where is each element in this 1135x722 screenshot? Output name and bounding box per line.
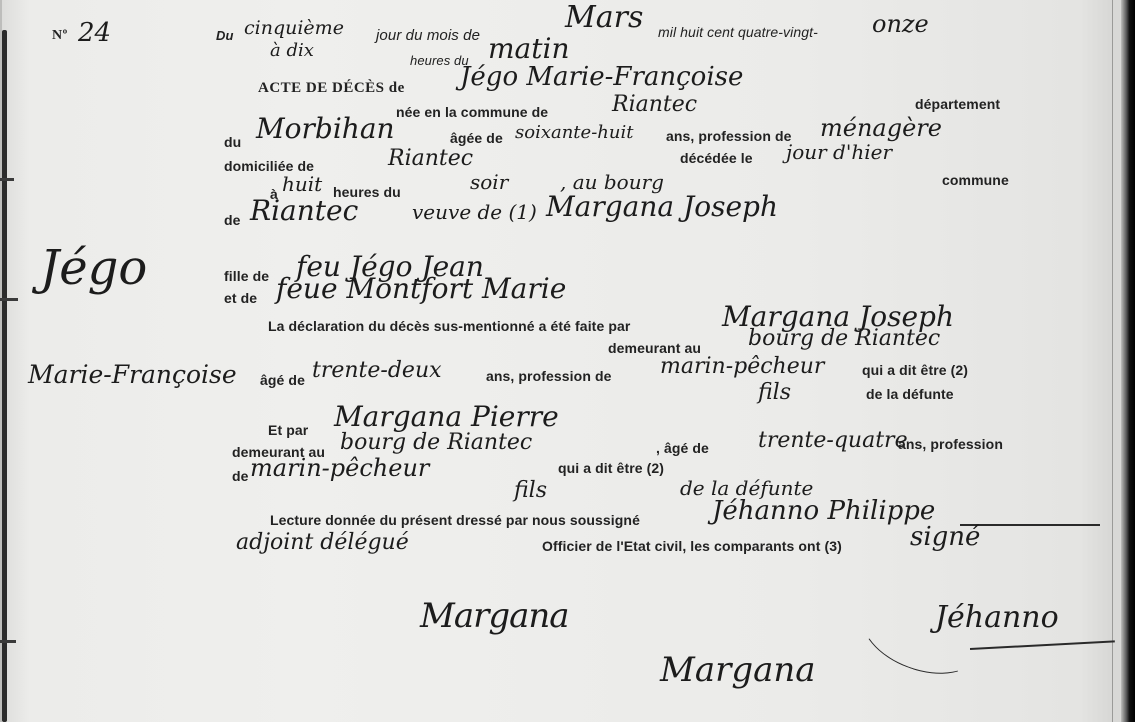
- declarant2-age-label: , âgé de: [656, 440, 709, 456]
- declarant2-name: Margana Pierre: [334, 400, 559, 433]
- margin-given-names: Marie-Françoise: [28, 360, 237, 389]
- declarant1-age-unit: ans, profession de: [486, 368, 612, 384]
- margin-tick: [0, 298, 18, 301]
- commune-label: commune: [942, 172, 1009, 188]
- department-label: département: [915, 96, 1000, 112]
- declarant2-relation: fils: [514, 478, 547, 503]
- jour-du-mois-label: jour du mois de: [376, 27, 480, 44]
- mother-value: feue Montfort Marie: [276, 272, 566, 305]
- month-value: Mars: [565, 0, 643, 35]
- declarant1-age-label: âgé de: [260, 372, 305, 388]
- year-label: mil huit cent quatre-vingt-: [658, 24, 818, 40]
- declarant1-residence: bourg de Riantec: [748, 326, 940, 351]
- mother-label: et de: [224, 290, 257, 306]
- margin-tick: [0, 178, 14, 181]
- margin-tick: [0, 640, 16, 643]
- period-value: matin: [488, 32, 569, 65]
- death-label: décédée le: [680, 150, 753, 166]
- birth-commune: Riantec: [612, 92, 697, 117]
- death-hour-value: huit: [282, 172, 322, 196]
- signed-value: signé: [910, 522, 980, 552]
- declarant1-relation: fils: [758, 380, 791, 405]
- commune-value: Riantec: [250, 194, 358, 227]
- commune-prefix: de: [224, 212, 241, 228]
- declarant2-relation-label: qui a dit être (2): [558, 460, 664, 476]
- declarant2-profession-prefix: de: [232, 468, 249, 484]
- margin-surname: Jégo: [40, 240, 147, 296]
- signature-2: Margana: [660, 650, 816, 690]
- officer-role: adjoint délégué: [236, 530, 409, 555]
- declarant1-relation-label: qui a dit être (2): [862, 362, 968, 378]
- death-day-value: jour d'hier: [786, 140, 892, 164]
- death-period-value: soir: [470, 170, 508, 194]
- domicile-value: Riantec: [388, 146, 473, 171]
- spouse-value: Margana Joseph: [546, 190, 778, 223]
- officer-name-underline: [960, 524, 1100, 526]
- signature-1: Margana: [420, 596, 569, 636]
- signature-3-flourish: [851, 579, 990, 688]
- father-label: fille de: [224, 268, 269, 284]
- page-shadow-edge: [1121, 0, 1135, 722]
- acte-title: ACTE DE DÉCÈS de: [258, 80, 405, 97]
- declarant1-age: trente-deux: [312, 358, 442, 383]
- declarant1-intro: La déclaration du décès sus-mentionné a …: [268, 318, 630, 334]
- record-number: 24: [78, 18, 111, 48]
- page-edge-line: [1112, 0, 1113, 722]
- deceased-name: Jégo Marie-Françoise: [460, 62, 743, 92]
- declarant1-relation-suffix: de la défunte: [866, 386, 954, 402]
- death-record-page: Nº 24 Du cinquième jour du mois de Mars …: [0, 0, 1135, 722]
- age-label: âgée de: [450, 130, 503, 146]
- department-value: Morbihan: [256, 112, 395, 145]
- officer-label: Officier de l'Etat civil, les comparants…: [542, 538, 842, 554]
- declarant2-age-unit: ans, profession: [898, 436, 1003, 452]
- signature-3-underline: [970, 640, 1115, 649]
- du-label: Du: [216, 28, 234, 43]
- declarant2-age: trente-quatre: [758, 428, 908, 453]
- department-prefix: du: [224, 134, 241, 150]
- year-suffix-value: onze: [872, 10, 929, 38]
- birth-label: née en la commune de: [396, 104, 548, 120]
- day-value: cinquième: [244, 17, 344, 39]
- officer-name: Jéhanno Philippe: [712, 496, 935, 526]
- binding-margin-line: [2, 30, 7, 722]
- age-value: soixante-huit: [515, 122, 633, 143]
- declarant1-profession: marin-pêcheur: [660, 354, 824, 379]
- declarant2-intro: Et par: [268, 422, 308, 438]
- declarant2-profession: marin-pêcheur: [250, 454, 429, 482]
- reading-statement: Lecture donnée du présent dressé par nou…: [270, 512, 640, 528]
- age-unit-label: ans, profession de: [666, 128, 792, 144]
- declarant2-residence: bourg de Riantec: [340, 430, 532, 455]
- hour-value: à dix: [270, 40, 314, 61]
- number-label: Nº: [52, 28, 68, 44]
- profession-value: ménagère: [820, 114, 942, 142]
- spouse-label: veuve de (1): [412, 200, 537, 224]
